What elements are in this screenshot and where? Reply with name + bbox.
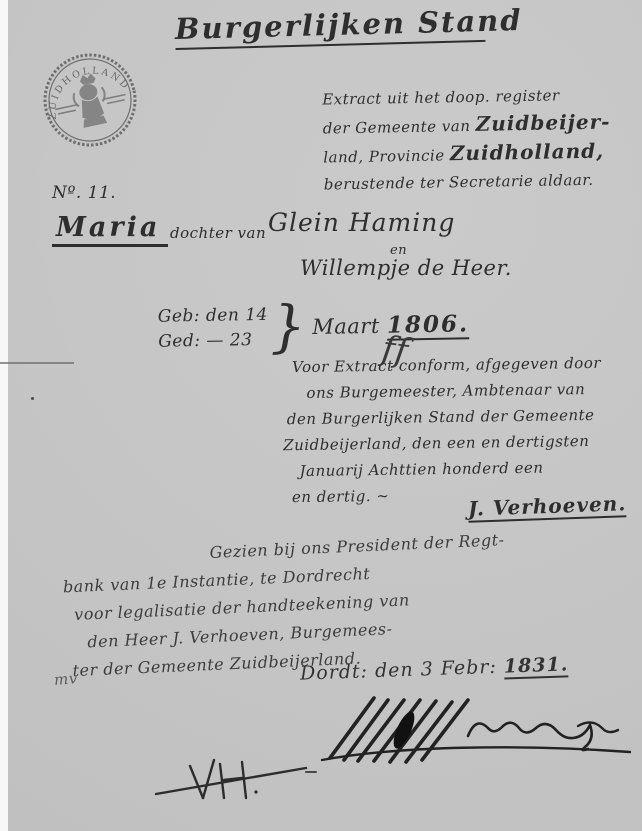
verhoeven-signature: J. Verhoeven. bbox=[468, 491, 627, 523]
president-signature-flourish bbox=[308, 688, 638, 772]
born-day: 14 bbox=[245, 304, 268, 324]
extract-note-line-4: berustende ter Secretarie aldaar. bbox=[324, 166, 612, 198]
mother-name: Willempje de Heer. bbox=[300, 256, 512, 280]
baptized-label: Ged: — bbox=[158, 330, 224, 351]
relation-label: dochter van bbox=[170, 224, 266, 242]
extract-line2-small: der Gemeente van bbox=[323, 117, 476, 138]
extract-note: Extract uit het doop. register der Gemee… bbox=[322, 81, 612, 198]
extract-line2-place: Zuidbeijer- bbox=[475, 109, 610, 135]
certification-paragraph: Voor Extract conform, afgegeven door ons… bbox=[292, 350, 603, 510]
paraph-mark bbox=[148, 752, 313, 811]
certification-line-4: Zuidbeijerland, den een en dertigsten bbox=[283, 428, 602, 458]
paraph-graphic bbox=[148, 752, 313, 807]
extract-line3-province: Zuidholland, bbox=[450, 139, 605, 166]
birth-date-row: Geb: den 14 bbox=[158, 302, 269, 329]
baptism-date-row: Ged: — 23 bbox=[158, 327, 269, 354]
father-name: Glein Haming bbox=[268, 208, 455, 237]
dates-block: Geb: den 14 Ged: — 23 } Maart 1806. bbox=[157, 291, 469, 361]
born-label: Geb: den bbox=[158, 305, 240, 326]
child-name: Maria bbox=[52, 212, 168, 247]
baptized-day: 23 bbox=[230, 330, 253, 350]
dordrecht-date-year: 1831. bbox=[503, 653, 568, 679]
revenue-stamp: ZUIDHOLLAND bbox=[31, 41, 150, 160]
scanned-civil-registry-extract: Burgerlijken Stand ZUIDHOLLAND bbox=[0, 0, 642, 831]
circular-ink-stamp-graphic: ZUIDHOLLAND bbox=[31, 41, 150, 160]
scan-edge-margin bbox=[0, 0, 8, 831]
document-title: Burgerlijken Stand bbox=[175, 4, 486, 50]
date-brace: } bbox=[270, 294, 307, 360]
ink-speck bbox=[31, 397, 34, 400]
extract-line3-small: land, Provincie bbox=[323, 146, 450, 166]
illegible-signature-flourish-graphic bbox=[308, 688, 638, 768]
margin-note: mv bbox=[53, 669, 78, 689]
certification-line-2: ons Burgemeester, Ambtenaar van bbox=[306, 376, 601, 406]
record-number: Nº. 11. bbox=[52, 183, 116, 203]
month-label: Maart bbox=[312, 314, 380, 339]
pen-line bbox=[0, 362, 74, 364]
